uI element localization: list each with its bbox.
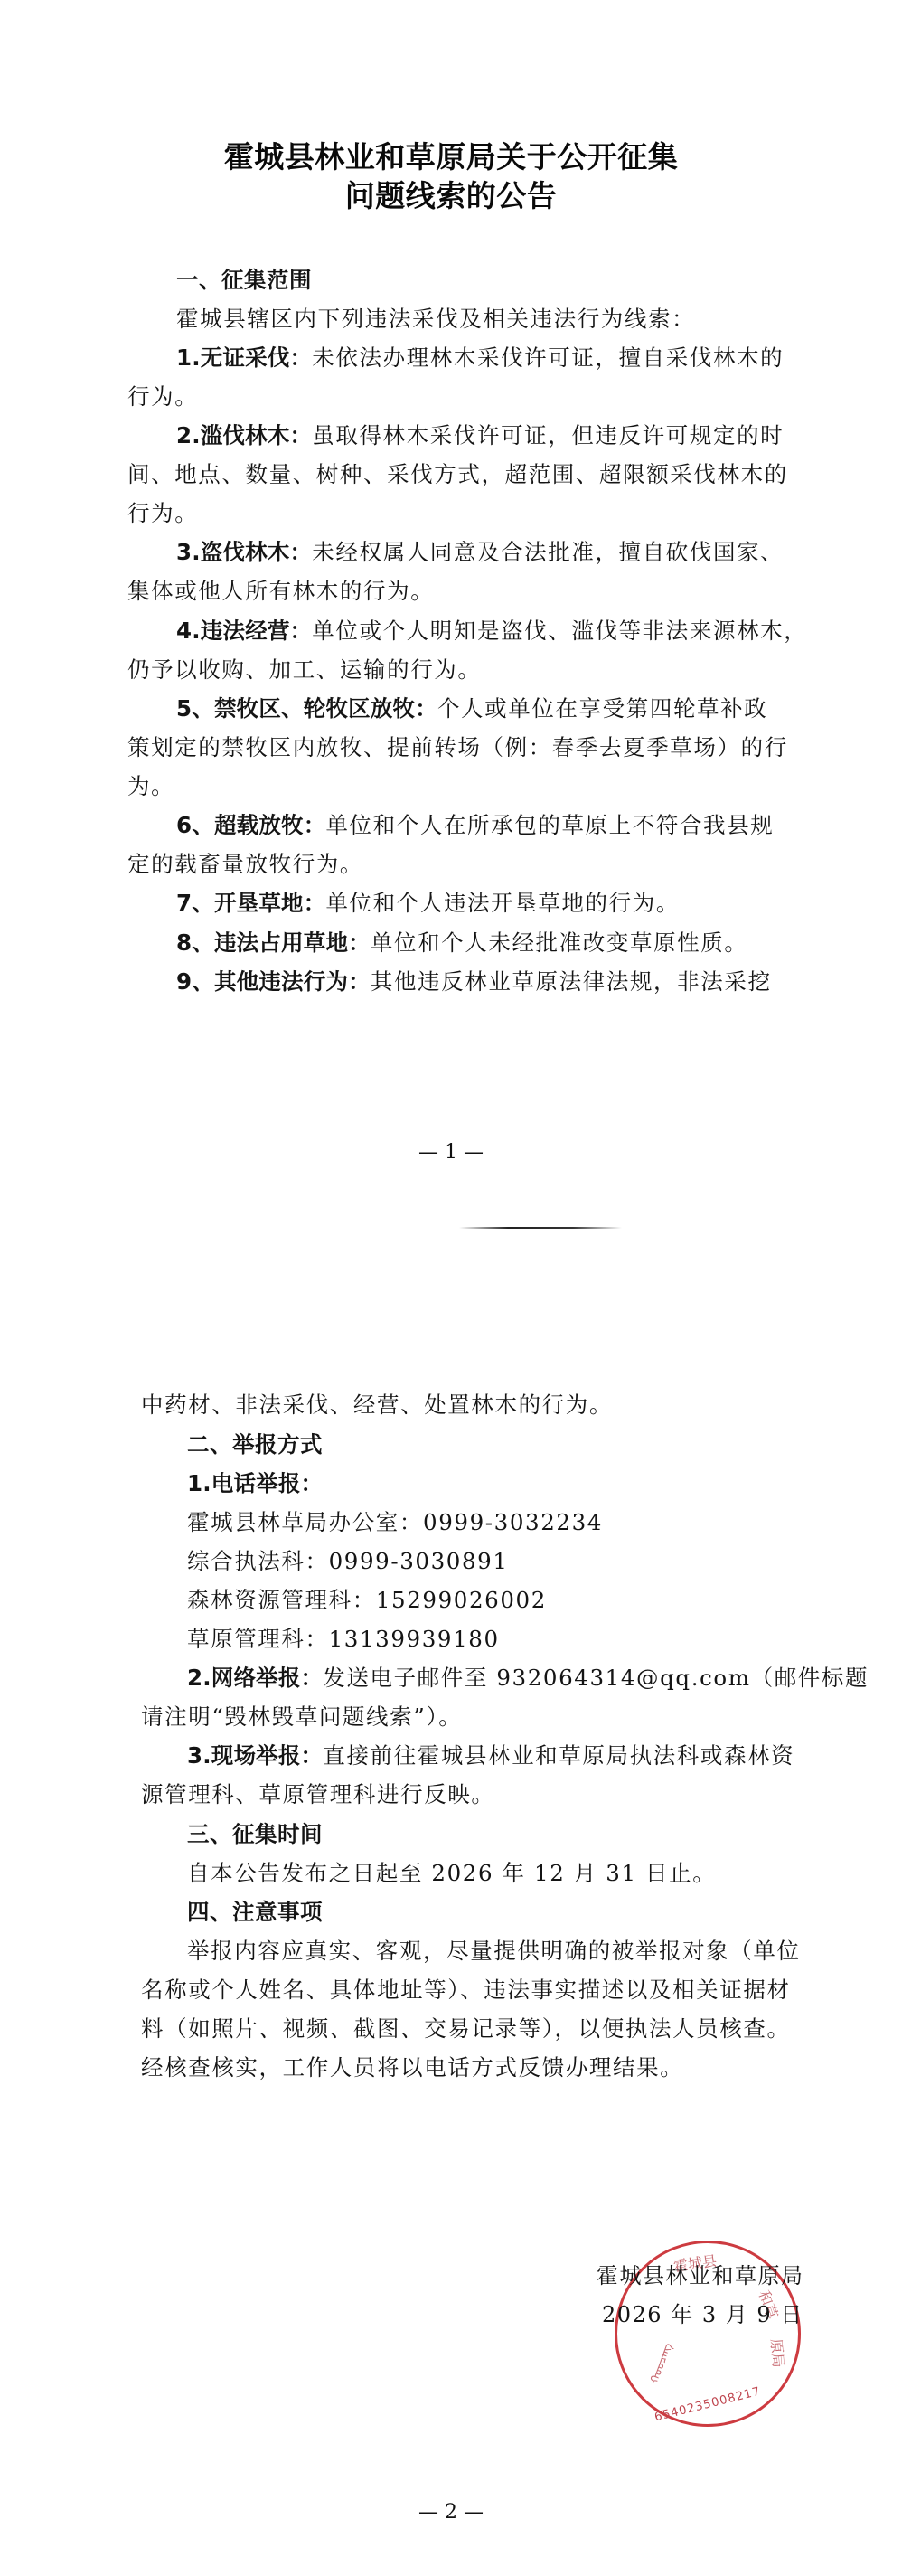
phone-report-lead: 1.电话举报：	[187, 1470, 323, 1497]
scope-intro: 霍城县辖区内下列违法采伐及相关违法行为线索：	[176, 306, 695, 333]
online-report-text: 发送电子邮件至 932064314@qq.com（邮件标题	[323, 1665, 869, 1691]
scope-item-9-text: 其他违反林业草原法律法规，非法采挖	[371, 968, 772, 995]
scope-item-7: 7、开垦草地：单位和个人违法开垦草地的行为。	[176, 890, 680, 917]
scope-item-7-lead: 7、开垦草地：	[176, 890, 325, 916]
scope-item-3-lead: 3.盗伐林木：	[176, 539, 312, 565]
notes-line-2: 名称或个人姓名、具体地址等）、违法事实描述以及相关证据材	[141, 1977, 791, 2004]
contact-forest-label: 森林资源管理科：	[187, 1587, 376, 1613]
scope-item-5-lead: 5、禁牧区、轮牧区放牧：	[176, 695, 437, 722]
online-report-lead: 2.网络举报：	[187, 1665, 323, 1691]
signature-date: 2026 年 3 月 9 日	[602, 2297, 803, 2328]
section-heading-scope: 一、征集范围	[176, 267, 312, 294]
scope-item-8: 8、违法占用草地：单位和个人未经批准改变草原性质。	[176, 929, 747, 957]
page-number-1: — 1 —	[0, 1141, 902, 1164]
scope-item-5-cont-2: 为。	[127, 773, 174, 800]
section-heading-notes: 四、注意事项	[187, 1899, 323, 1926]
scope-item-4-text: 单位或个人明知是盗伐、滥伐等非法来源林木，	[312, 618, 807, 644]
scope-item-5-cont-1: 策划定的禁牧区内放牧、提前转场（例：春季去夏季草场）的行	[127, 734, 788, 761]
scope-item-3: 3.盗伐林木：未经权属人同意及合法批准，擅自砍伐国家、	[176, 539, 784, 566]
notice-title-line-2: 问题线索的公告	[0, 173, 902, 215]
notes-line-1: 举报内容应真实、客观，尽量提供明确的被举报对象（单位	[187, 1938, 801, 1965]
scope-item-1-lead: 1.无证采伐：	[176, 344, 312, 371]
scope-item-8-lead: 8、违法占用草地：	[176, 929, 371, 956]
notice-title-line-1: 霍城县林业和草原局关于公开征集	[0, 134, 902, 176]
scope-item-3-text: 未经权属人同意及合法批准，擅自砍伐国家、	[312, 539, 784, 565]
contact-forest-number: 15299026002	[376, 1587, 547, 1613]
scope-item-4: 4.违法经营：单位或个人明知是盗伐、滥伐等非法来源林木，	[176, 618, 807, 645]
scope-item-8-text: 单位和个人未经批准改变草原性质。	[371, 929, 748, 956]
scope-item-2-text: 虽取得林木采伐许可证，但违反许可规定的时	[312, 422, 784, 448]
scope-item-9-lead: 9、其他违法行为：	[176, 968, 371, 995]
section-heading-report-methods: 二、举报方式	[187, 1431, 323, 1458]
contact-office: 霍城县林草局办公室：0999-3032234	[187, 1509, 603, 1536]
scope-item-4-lead: 4.违法经营：	[176, 618, 312, 644]
scope-item-6-text: 单位和个人在所承包的草原上不符合我县规	[325, 812, 774, 838]
contact-grassland-number: 13139939180	[329, 1626, 500, 1652]
seal-arc-script-left: ᠬᠣᠣᠴᠡᠩ	[642, 2339, 676, 2386]
scope-item-2-lead: 2.滥伐林木：	[176, 422, 312, 448]
onsite-report-cont: 源管理科、草原管理科进行反映。	[141, 1781, 495, 1808]
contact-enforcement-label: 综合执法科：	[187, 1548, 329, 1574]
scope-item-4-cont: 仍予以收购、加工、运输的行为。	[127, 656, 482, 684]
online-report: 2.网络举报：发送电子邮件至 932064314@qq.com（邮件标题	[187, 1665, 869, 1692]
onsite-report-text: 直接前往霍城县林业和草原局执法科或森林资	[323, 1742, 794, 1769]
contact-forest: 森林资源管理科：15299026002	[187, 1587, 547, 1614]
onsite-report-lead: 3.现场举报：	[187, 1742, 323, 1769]
notes-line-4: 经核查核实，工作人员将以电话方式反馈办理结果。	[141, 2054, 683, 2081]
contact-enforcement-number: 0999-3030891	[329, 1548, 509, 1574]
contact-grassland: 草原管理科：13139939180	[187, 1626, 500, 1653]
onsite-report: 3.现场举报：直接前往霍城县林业和草原局执法科或森林资	[187, 1742, 794, 1769]
online-report-cont: 请注明“毁林毁草问题线索”）。	[141, 1703, 462, 1731]
scope-item-2-cont-2: 行为。	[127, 500, 198, 527]
scope-item-1: 1.无证采伐：未依法办理林木采伐许可证，擅自采伐林木的	[176, 344, 784, 372]
scope-item-1-cont: 行为。	[127, 383, 198, 410]
scope-item-2: 2.滥伐林木：虽取得林木采伐许可证，但违反许可规定的时	[176, 422, 784, 449]
scope-item-6-lead: 6、超载放牧：	[176, 812, 325, 838]
scope-item-9-cont: 中药材、非法采伐、经营、处置林木的行为。	[141, 1392, 613, 1419]
contact-enforcement: 综合执法科：0999-3030891	[187, 1548, 509, 1575]
contact-grassland-label: 草原管理科：	[187, 1626, 329, 1652]
scope-item-6: 6、超载放牧：单位和个人在所承包的草原上不符合我县规	[176, 812, 774, 839]
page-divider	[459, 1227, 622, 1229]
scope-item-3-cont: 集体或他人所有林木的行为。	[127, 578, 434, 605]
scope-item-9: 9、其他违法行为：其他违反林业草原法律法规，非法采挖	[176, 968, 772, 995]
seal-arc-text-right-2: 原局	[766, 2338, 790, 2369]
contact-office-number: 0999-3032234	[423, 1509, 603, 1535]
section-heading-period: 三、征集时间	[187, 1821, 323, 1848]
contact-office-label: 霍城县林草局办公室：	[187, 1509, 423, 1535]
period-text: 自本公告发布之日起至 2026 年 12 月 31 日止。	[187, 1860, 716, 1887]
scope-item-5: 5、禁牧区、轮牧区放牧：个人或单位在享受第四轮草补政	[176, 695, 767, 722]
scope-item-1-text: 未依法办理林木采伐许可证，擅自采伐林木的	[312, 344, 784, 371]
signature-organization: 霍城县林业和草原局	[597, 2258, 804, 2289]
scope-item-5-text: 个人或单位在享受第四轮草补政	[437, 695, 767, 722]
scope-item-2-cont-1: 间、地点、数量、树种、采伐方式，超范围、超限额采伐林木的	[127, 461, 788, 488]
scope-item-7-text: 单位和个人违法开垦草地的行为。	[325, 890, 680, 916]
scope-item-6-cont: 定的载畜量放牧行为。	[127, 851, 363, 878]
document-page-1: 霍城县林业和草原局关于公开征集 问题线索的公告 一、征集范围 霍城县辖区内下列违…	[0, 0, 902, 1266]
page-number-2: — 2 —	[0, 2501, 902, 2524]
notes-line-3: 料（如照片、视频、截图、交易记录等），以便执法人员核查。	[141, 2015, 791, 2043]
